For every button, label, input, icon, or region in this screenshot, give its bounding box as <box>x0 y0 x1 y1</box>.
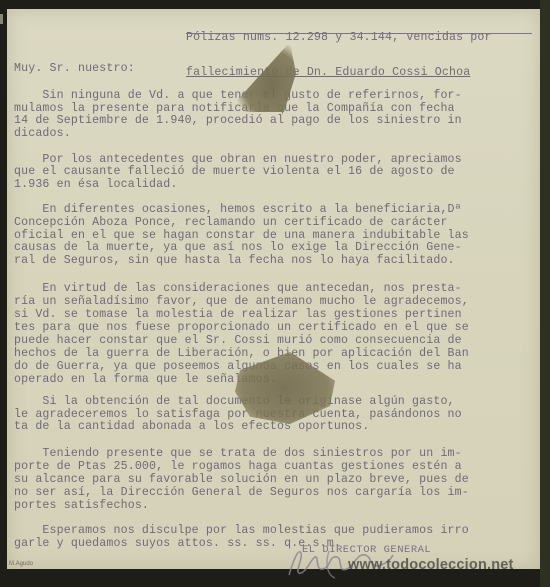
text-line: tes para que nos fuese proporcionado un … <box>14 322 469 334</box>
text-line: En diferentes ocasiones, hemos escrito a… <box>14 204 462 216</box>
text-line: si Vd. se tomase la molestia de realizar… <box>14 309 462 321</box>
text-line: mulamos la presente para notificarle que… <box>14 103 455 115</box>
text-line: porte de Ptas 25.000, le rogamos haga cu… <box>14 461 462 473</box>
text-line: Esperamos nos disculpe por las molestias… <box>14 525 469 537</box>
text-line: puede hacer constar que el Sr. Cossi mur… <box>14 335 462 347</box>
text-line: En virtud de las consideraciones que ant… <box>14 283 462 295</box>
text-line: oficial en el que se hagan constar de un… <box>14 230 469 242</box>
text-line: no ser así, la Dirección General de Segu… <box>14 487 469 499</box>
watermark-text: www.todocoleccion.net <box>348 557 514 573</box>
text-line: ral de Seguros, sin que hasta la fecha n… <box>14 255 455 267</box>
text-line: 14 de Septiembre de 1.940, procedió al p… <box>14 115 462 127</box>
text-line: Teniendo presente que se trata de dos si… <box>14 448 462 460</box>
margin-mark <box>0 14 3 24</box>
text-line: Por los antecedentes que obran en nuestr… <box>14 154 462 166</box>
text-line: que el causante falleció de muerte viole… <box>14 166 455 178</box>
scan-border <box>540 0 550 587</box>
text-line: Concepción Aboza Ponce, reclamando un ce… <box>14 217 448 229</box>
header-underline <box>186 33 532 34</box>
text-line: hechos de la guerra de Liberación, o bie… <box>14 348 469 360</box>
text-line: le agradeceremos lo satisfaga por nuestr… <box>14 409 462 421</box>
text-line: portes satisfechos. <box>14 500 149 512</box>
text-line: dicados. <box>14 128 71 140</box>
text-line: ta de la cantidad abonada a los efectos … <box>14 421 369 433</box>
text-line: su alcance para su favorable solución en… <box>14 474 469 486</box>
salutation: Muy. Sr. nuestro: <box>14 63 135 75</box>
text-line: 1.936 en ésa localidad. <box>14 179 177 191</box>
letter-header: Pólizas nums. 12.298 y 34.144, vencidas … <box>186 9 492 90</box>
text-line: causas de la muerte, ya que así nos lo e… <box>14 242 462 254</box>
photo-credit: M.Agudo <box>9 561 33 567</box>
text-line: do de Guerra, ya que poseemos algunos ca… <box>14 361 462 373</box>
text-line: Si la obtención de tal documento le orig… <box>14 396 455 408</box>
text-line: ría un señaladísimo favor, que de antema… <box>14 296 469 308</box>
header-subject-line: fallecimiento de Dn. Eduardo Cossi Ochoa <box>186 67 492 79</box>
